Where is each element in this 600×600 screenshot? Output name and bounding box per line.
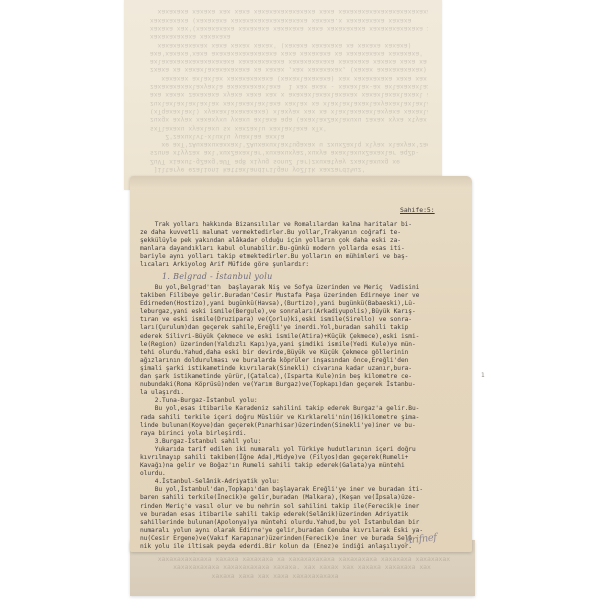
body-text: Bu yol,Belgrad'tan başlayarak Niş ve Sof… (140, 284, 423, 551)
bleed-through-text: ]iltarye ezalioni kattaxlandirilgan yoZl… (146, 8, 428, 174)
signature: Arifnef (405, 532, 437, 546)
intro-paragraph: Trak yolları hakkında Bizansılılar ve Ro… (140, 221, 412, 270)
typewritten-page: Sahife:5: Trak yolları hakkında Bizansıl… (130, 176, 472, 552)
page-fold-shadow (130, 176, 472, 188)
page-number: Sahife:5: (400, 206, 435, 214)
handwritten-heading: 1. Belgrad - İstanbul yolu (162, 272, 273, 281)
margin-mark: 1 (481, 372, 485, 379)
back-page-top: ]iltarye ezalioni kattaxlandirilgan yoZl… (124, 0, 442, 190)
